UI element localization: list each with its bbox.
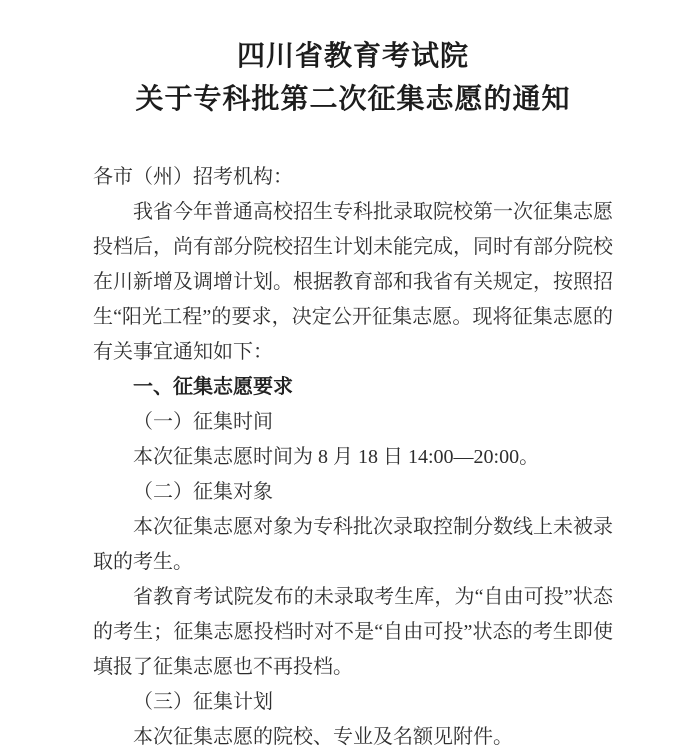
intro-paragraph: 我省今年普通高校招生专科批录取院校第一次征集志愿投档后，尚有部分院校招生计划未能… xyxy=(93,195,613,370)
section1-sub2-paragraph1: 本次征集志愿对象为专科批次录取控制分数线上未被录取的考生。 xyxy=(93,510,613,580)
section1-sub1-body: 本次征集志愿时间为 8 月 18 日 14:00—20:00。 xyxy=(93,440,613,475)
section1-sub2-paragraph2: 省教育考试院发布的未录取考生库，为“自由可投”状态的考生；征集志愿投档时对不是“… xyxy=(93,580,613,685)
document-title-line2: 关于专科批第二次征集志愿的通知 xyxy=(73,77,633,120)
notice-document-page: 四川省教育考试院 关于专科批第二次征集志愿的通知 各市（州）招考机构： 我省今年… xyxy=(0,0,700,753)
section1-sub1-heading: （一）征集时间 xyxy=(93,405,613,440)
document-title-line1: 四川省教育考试院 xyxy=(73,34,633,77)
section1-sub3-body: 本次征集志愿的院校、专业及名额见附件。 xyxy=(93,720,613,753)
salutation-line: 各市（州）招考机构： xyxy=(93,160,613,195)
document-body: 各市（州）招考机构： 我省今年普通高校招生专科批录取院校第一次征集志愿投档后，尚… xyxy=(93,160,613,753)
section1-sub2-heading: （二）征集对象 xyxy=(93,475,613,510)
section1-heading: 一、征集志愿要求 xyxy=(93,370,613,405)
section1-sub3-heading: （三）征集计划 xyxy=(93,685,613,720)
document-title: 四川省教育考试院 关于专科批第二次征集志愿的通知 xyxy=(73,34,633,120)
